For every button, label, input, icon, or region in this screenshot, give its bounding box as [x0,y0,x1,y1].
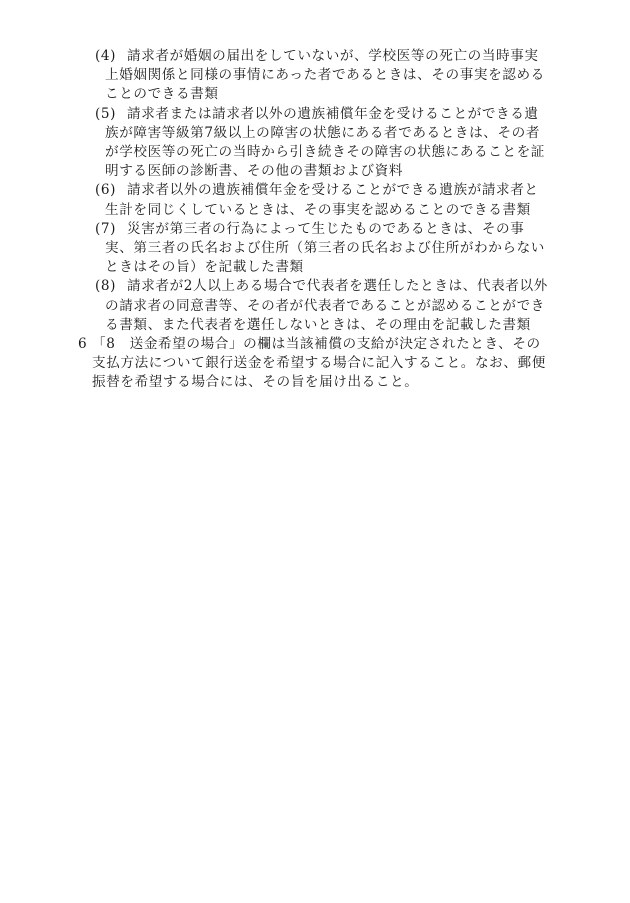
item-text: 請求者が婚姻の届出をしていないが、学校医等の死亡の当時事実上婚姻関係と同様の事情… [105,48,545,102]
item-number: (6) [95,181,116,200]
list-item-4: (4)請求者が婚姻の届出をしていないが、学校医等の死亡の当時事実上婚姻関係と同様… [105,47,549,105]
document-page: (4)請求者が婚姻の届出をしていないが、学校医等の死亡の当時事実上婚姻関係と同様… [0,47,630,393]
section-text: 「8 送金希望の場合」の欄は当該補償の支給が決定されたとき、その支払方法について… [92,336,546,390]
item-number: (8) [95,277,116,296]
list-item-8: (8)請求者が2人以上ある場合で代表者を選任したときは、代表者以外の請求者の同意… [105,277,549,335]
item-text: 災害が第三者の行為によって生じたものであるときは、その事実、第三者の氏名および住… [105,221,545,275]
item-text: 請求者が2人以上ある場合で代表者を選任したときは、代表者以外の請求者の同意書等、… [105,278,548,332]
list-item-6: (6)請求者以外の遺族補償年金を受けることができる遺族が請求者と生計を同じくして… [105,181,549,219]
item-text: 請求者以外の遺族補償年金を受けることができる遺族が請求者と生計を同じくしていると… [105,182,539,217]
section-6: 6「8 送金希望の場合」の欄は当該補償の支給が決定されたとき、その支払方法につい… [92,335,549,393]
item-number: (7) [95,220,116,239]
item-number: (5) [95,105,116,124]
section-number: 6 [78,335,87,354]
list-item-5: (5)請求者または請求者以外の遺族補償年金を受けることができる遺族が障害等級第7… [105,105,549,182]
item-number: (4) [95,47,116,66]
item-text: 請求者または請求者以外の遺族補償年金を受けることができる遺族が障害等級第7級以上… [105,106,545,180]
list-item-7: (7)災害が第三者の行為によって生じたものであるときは、その事実、第三者の氏名お… [105,220,549,278]
